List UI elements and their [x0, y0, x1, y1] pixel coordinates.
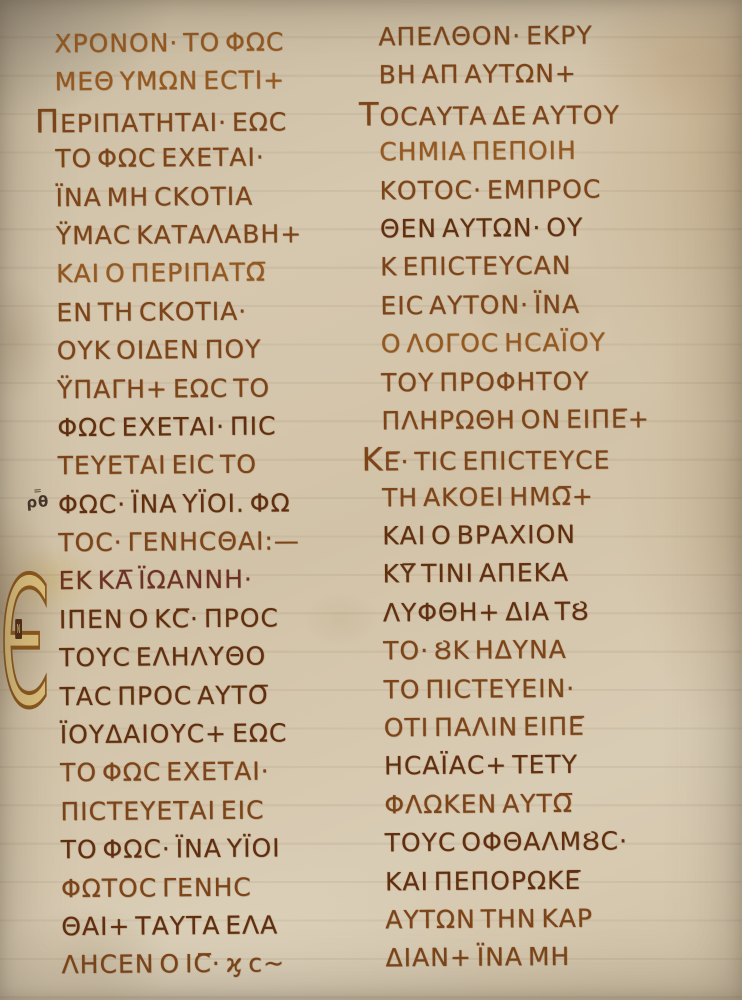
- text-line: ΠΙϹΤΕΥΕΤΑΙ ΕΙϹ: [60, 791, 374, 832]
- text-line: ΛΥΦΘΗ+ ΔΙΑ ΤȢ: [383, 591, 735, 632]
- text-line: ΚΥ̅ ΤΙΝΙ ΑΠΕΚΑ: [382, 553, 734, 594]
- text-line: ΦΩϹ ΕΧΕΤΑΙ· ΠΙϹ: [57, 407, 371, 448]
- initial-letter: Є: [0, 540, 50, 747]
- text-line: Ο ΛΟΓΟϹ ΗϹΑΪΟΥ: [381, 323, 733, 364]
- text-line: ΤΟ ΦΩϹ ΕΧΕΤΑΙ·: [60, 752, 374, 793]
- text-column-left: ΧΡΟΝΟΝ· ΤΟ ΦΩϹΜΕΘ ΥΜΩΝ ΕϹΤΙ+ΠΕΡΙΠΑΤΗΤΑΙ·…: [54, 23, 376, 985]
- text-line: ΦΩϹ· ΪΝΑ ΥΪΟΙ. ΦΩ: [58, 483, 372, 524]
- text-line: ΤΟϹ· ΓΕΝΗϹΘΑΙ:—: [58, 522, 372, 563]
- text-line: ΔΙΑΝ+ ΪΝΑ ΜΗ: [385, 937, 737, 978]
- text-line: ΦΩΤΟϹ ΓΕΝΗϹ: [61, 867, 375, 908]
- text-line: ΕΙϹ ΑΥΤΟΝ· ΪΝΑ: [380, 284, 732, 325]
- text-line: ΚΑΙ ΠΕΠΟΡΩΚΕ̅: [385, 860, 737, 901]
- text-line: ΤΟ· ȢΚ ΗΔΥΝΑ: [383, 630, 735, 671]
- text-line: ΤΟ ΦΩϹ· ΪΝΑ ΥΪΟΙ: [61, 829, 375, 870]
- margin-note: = ρθ: [25, 485, 50, 509]
- text-line: ΟΤΙ ΠΑΛΙΝ ΕΙΠΕ̅: [384, 707, 736, 748]
- text-line: ΕΝ ΤΗ ϹΚΟΤΙΑ·: [56, 292, 370, 333]
- initial-ornament-square: N: [15, 619, 22, 639]
- text-line: ΤΟΥϹ ΟΦΘΑΛΜȢϹ·: [385, 822, 737, 863]
- text-column-right: ΑΠΕΛΘΟΝ· ΕΚΡΥΒΗ ΑΠ ΑΥΤΩΝ+ΤΟϹΑΥΤΑ ΔΕ ΑΥΤΟ…: [378, 16, 738, 979]
- text-line: ΤΟΥϹ ΕΛΗΛΥΘΟ: [59, 637, 373, 678]
- text-line: ΤΟϹΑΥΤΑ ΔΕ ΑΥΤΟΥ: [359, 92, 731, 133]
- text-line: ΤΟ ΠΙϹΤΕΥΕΙΝ·: [383, 668, 735, 709]
- text-line: ΙΠΕΝ Ο ΚϹ̅· ΠΡΟϹ: [59, 599, 373, 640]
- text-line: ΘΑΙ+ ΤΑΥΤΑ ΕΛΑ: [61, 906, 375, 947]
- text-line: ΤΕΥΕΤΑΙ ΕΙϹ ΤΟ: [58, 445, 372, 486]
- text-line: ΧΡΟΝΟΝ· ΤΟ ΦΩϹ: [54, 23, 368, 64]
- text-line: ΚΑΙ Ο ΒΡΑΧΙΟΝ: [382, 515, 734, 556]
- decorated-initial-epsilon: Є N: [0, 546, 26, 751]
- text-line: ΚΑΙ Ο ΠΕΡΙΠΑΤΩ̅: [56, 253, 370, 294]
- text-line: ΜΕΘ ΥΜΩΝ ΕϹΤΙ+: [55, 61, 369, 102]
- text-line: ΠΕΡΙΠΑΤΗΤΑΙ· ΕΩϹ: [35, 100, 369, 141]
- text-line: ΤΟΥ ΠΡΟΦΗΤΟΥ: [381, 361, 733, 402]
- text-line: ΑΠΕΛΘΟΝ· ΕΚΡΥ: [378, 16, 730, 57]
- text-line: ΟΥΚ ΟΙΔΕΝ ΠΟΥ: [57, 330, 371, 371]
- text-line: ΤΑϹ ΠΡΟϹ ΑΥΤΟ̅: [59, 675, 373, 716]
- text-line: ΤΗ ΑΚΟΕΙ ΗΜΩ̅+: [382, 476, 734, 517]
- text-line: ΪΝΑ ΜΗ ϹΚΟΤΙΑ: [55, 176, 369, 217]
- text-line: ΫΜΑϹ ΚΑΤΑΛΑΒΗ+: [56, 215, 370, 256]
- text-line: ΫΠΑΓΗ+ ΕΩϹ ΤΟ: [57, 368, 371, 409]
- text-line: ΕΚ ΚΑ̅ ΪΩΑΝΝΗ·: [58, 560, 372, 601]
- text-line: ΠΛΗΡΩΘΗ ΟΝ ΕΙΠΕ̅+: [381, 400, 733, 441]
- text-line: ΘΕΝ ΑΥΤΩΝ· ΟΥ: [380, 208, 732, 249]
- text-line: ΒΗ ΑΠ ΑΥΤΩΝ+: [379, 54, 731, 95]
- text-line: ΪΟΥΔΑΙΟΥϹ+ ΕΩϹ: [60, 714, 374, 755]
- text-line: ΤΟ ΦΩϹ ΕΧΕΤΑΙ·: [55, 138, 369, 179]
- text-line: ϹΗΜΙΑ ΠΕΠΟΙΗ: [379, 131, 731, 172]
- text-line: ΦΛΩΚΕΝ ΑΥΤΩ̅: [384, 783, 736, 824]
- text-line: ΑΥΤΩΝ ΤΗΝ ΚΑΡ: [385, 899, 737, 940]
- text-line: ΛΗϹΕΝ Ο ΙϹ̅· ϗ ϲ~: [61, 944, 375, 985]
- margin-note-letters: ρθ: [26, 496, 50, 509]
- text-line: Κ ΕΠΙϹΤΕΥϹΑΝ: [380, 246, 732, 287]
- text-line: ΚΟΤΟϹ· ΕΜΠΡΟϹ: [379, 169, 731, 210]
- text-line: ΚΕ̅· ΤΙϹ ΕΠΙϹΤΕΥϹΕ: [362, 438, 734, 479]
- text-line: ΗϹΑΪΑϹ+ ΤΕΤΥ: [384, 745, 736, 786]
- manuscript-page: ΧΡΟΝΟΝ· ΤΟ ΦΩϹΜΕΘ ΥΜΩΝ ΕϹΤΙ+ΠΕΡΙΠΑΤΗΤΑΙ·…: [0, 0, 742, 1000]
